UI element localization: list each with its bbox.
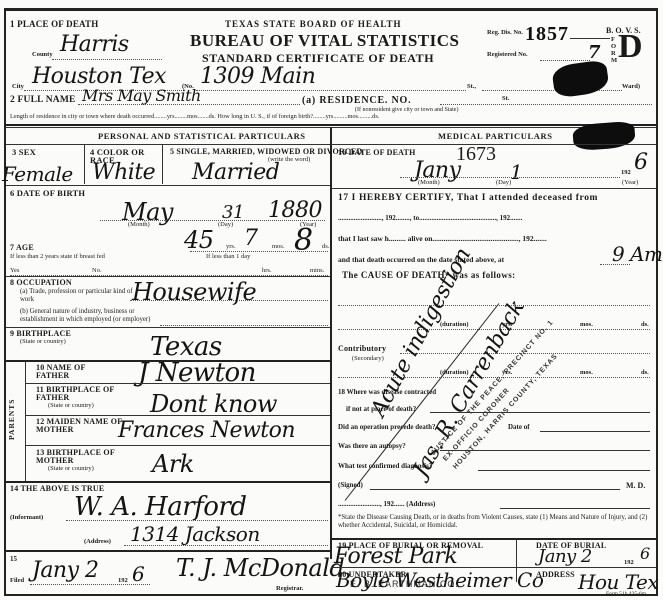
dod-day: 1 [510, 162, 522, 182]
dob-year: 1880 [268, 200, 322, 222]
personal-section-title: PERSONAL AND STATISTICAL PARTICULARS [98, 132, 306, 141]
undertaker-address-value: Hou Tex [578, 572, 658, 592]
burial-year-prefix: 192 [624, 560, 634, 567]
place-of-death-label: 1 PLACE OF DEATH [10, 20, 98, 29]
mother-maiden-label: 12 MAIDEN NAME OF MOTHER [36, 418, 126, 434]
md-label: M. D. [626, 482, 645, 490]
autopsy-label: Was there an autopsy? [338, 443, 406, 450]
registered-no-value: 7 [588, 44, 600, 62]
ds-label-1: ds. [641, 322, 649, 329]
form-number-note: Form 51b 425-6m [606, 592, 646, 598]
residence-st-label: St. [502, 96, 509, 103]
registrar-signature: T. J. McDonald [176, 556, 344, 580]
age-ds-caption: ds. [322, 244, 329, 251]
less-than-day-note: If less than 1 day [206, 254, 250, 261]
contributory-label: Contributory [338, 345, 386, 353]
informant-value: W. A. Harford [74, 494, 246, 520]
mother-maiden-value: Frances Newton [118, 420, 295, 442]
residence-label: (a) RESIDENCE. NO. [302, 96, 411, 106]
father-birthplace-label: 11 BIRTHPLACE OF FATHER [36, 386, 126, 402]
certificate-title: STANDARD CERTIFICATE OF DEATH [202, 52, 434, 64]
street-label: St., [467, 84, 476, 91]
filed-number: 15 [10, 556, 17, 563]
attended-from-line: ........................., 192........, … [338, 215, 522, 222]
no-label: No. [92, 268, 102, 275]
color-value: White [92, 162, 155, 184]
registrar-label: Registrar. [276, 586, 303, 593]
dob-label: 6 DATE OF BIRTH [10, 189, 85, 198]
city-value: Houston Tex [32, 66, 166, 88]
cause-footnote: *State the Disease Causing Death, or in … [338, 514, 654, 529]
full-name-value: Mrs May Smith [82, 88, 201, 104]
death-occurred-text: and that death occurred on the date stat… [338, 256, 504, 264]
marital-value: Married [192, 162, 279, 184]
reg-dis-label: Reg. Dis. No. [487, 30, 523, 37]
age-yrs-caption: yrs. [226, 244, 236, 251]
burial-date-value: Jany 2 [538, 548, 592, 566]
burial-place-value: Forest Park [334, 546, 457, 568]
sex-label: 3 SEX [12, 148, 36, 157]
county-value: Harris [60, 34, 129, 56]
length-of-residence: Length of residence in city or town wher… [10, 114, 379, 120]
ward-label: Ward) [622, 84, 640, 91]
form-vertical-label: FORM [611, 36, 617, 64]
dob-month-caption: (Month) [128, 222, 150, 229]
mother-birthplace-value: Ark [152, 452, 194, 476]
state-board-title: TEXAS STATE BOARD OF HEALTH [225, 20, 402, 29]
death-time-value: 9 Am [612, 244, 663, 264]
occupation-label: 8 OCCUPATION [10, 279, 72, 287]
dob-day-caption: (Day) [218, 222, 233, 229]
dod-year-prefix: 192 [621, 170, 631, 177]
breast-fed-note: If less than 2 years state if breast fed [10, 254, 105, 261]
city-label: City [12, 84, 24, 91]
undertaker-value: Boyle Westheimer Co [336, 570, 543, 590]
certify-text: 17 I HEREBY CERTIFY, That I attended dec… [338, 194, 598, 204]
parents-vertical-label: PARENTS [8, 399, 16, 440]
dod-month-caption: (Month) [418, 180, 440, 187]
dod-day-caption: (Day) [496, 180, 511, 187]
birthplace-label: 9 BIRTHPLACE [10, 330, 71, 338]
dod-year-caption: (Year) [622, 180, 638, 187]
county-label: County [32, 52, 53, 59]
signature-year-address-line: ........................, 192...... (Add… [338, 501, 435, 508]
dod-label: 16 DATE OF DEATH [338, 149, 416, 157]
street-no-value: 1309 Main [200, 66, 315, 88]
bureau-title: BUREAU OF VITAL STATISTICS [190, 32, 460, 49]
dod-stamp: 1673 [456, 144, 496, 164]
burial-year-value: 6 [640, 546, 650, 562]
marital-label: 5 SINGLE, MARRIED, WIDOWED OR DIVORCED [170, 148, 362, 156]
operation-label: Did an operation precede death? [338, 424, 435, 431]
form-letter: D [618, 30, 643, 64]
yes-label: Yes [10, 268, 19, 275]
birthplace-sub: (State or country) [20, 339, 66, 346]
hrs-label: hrs. [262, 268, 272, 275]
reg-dis-value: 1857 [525, 24, 569, 44]
last-saw-line: that I last saw h......... alive on.....… [338, 235, 547, 243]
birthplace-value: Texas [150, 334, 222, 360]
age-label: 7 AGE [10, 244, 34, 252]
medical-section-title: MEDICAL PARTICULARS [438, 132, 553, 141]
mos-label-1: mos. [580, 322, 593, 329]
filed-label: Filed [10, 578, 24, 585]
mother-birthplace-sub: (State or country) [48, 466, 94, 473]
occupation-b-label: (b) General nature of industry, business… [20, 308, 170, 323]
death-certificate: 1 PLACE OF DEATH TEXAS STATE BOARD OF HE… [0, 0, 663, 600]
duration-label-1: (duration) [440, 322, 469, 329]
filed-date-value: Jany 2 [32, 560, 99, 582]
informant-address-value: 1314 Jackson [130, 524, 260, 544]
full-name-label: 2 FULL NAME [10, 96, 76, 106]
informant-label: (Informant) [10, 515, 43, 522]
ds-label-2: ds. [641, 370, 649, 377]
date-of-label: Date of [508, 424, 530, 431]
father-name-label: 10 NAME OF FATHER [36, 364, 116, 380]
age-years: 45 [184, 228, 214, 252]
mins-label: mins. [310, 268, 324, 275]
undertaker-address-label: ADDRESS [536, 571, 575, 579]
cause-of-death-label: The CAUSE OF DEATH* was as follows: [342, 271, 516, 280]
informant-address-label: (Address) [84, 539, 111, 546]
occupation-a-label: (a) Trade, profession or particular kind… [20, 288, 140, 303]
age-mos-caption: mos. [272, 244, 284, 251]
mother-birthplace-label: 13 BIRTHPLACE OF MOTHER [36, 449, 126, 465]
filed-year-value: 6 [132, 564, 144, 584]
father-birthplace-sub: (State or country) [48, 403, 94, 410]
sex-value: Female [2, 164, 73, 184]
mos-label-2: mos. [580, 370, 593, 377]
dod-year: 6 [634, 152, 648, 174]
father-birthplace-value: Dont know [150, 392, 277, 416]
registered-no-label: Registered No. [487, 52, 528, 59]
age-months: 7 [244, 228, 258, 250]
secondary-label: (Secondary) [352, 356, 384, 363]
